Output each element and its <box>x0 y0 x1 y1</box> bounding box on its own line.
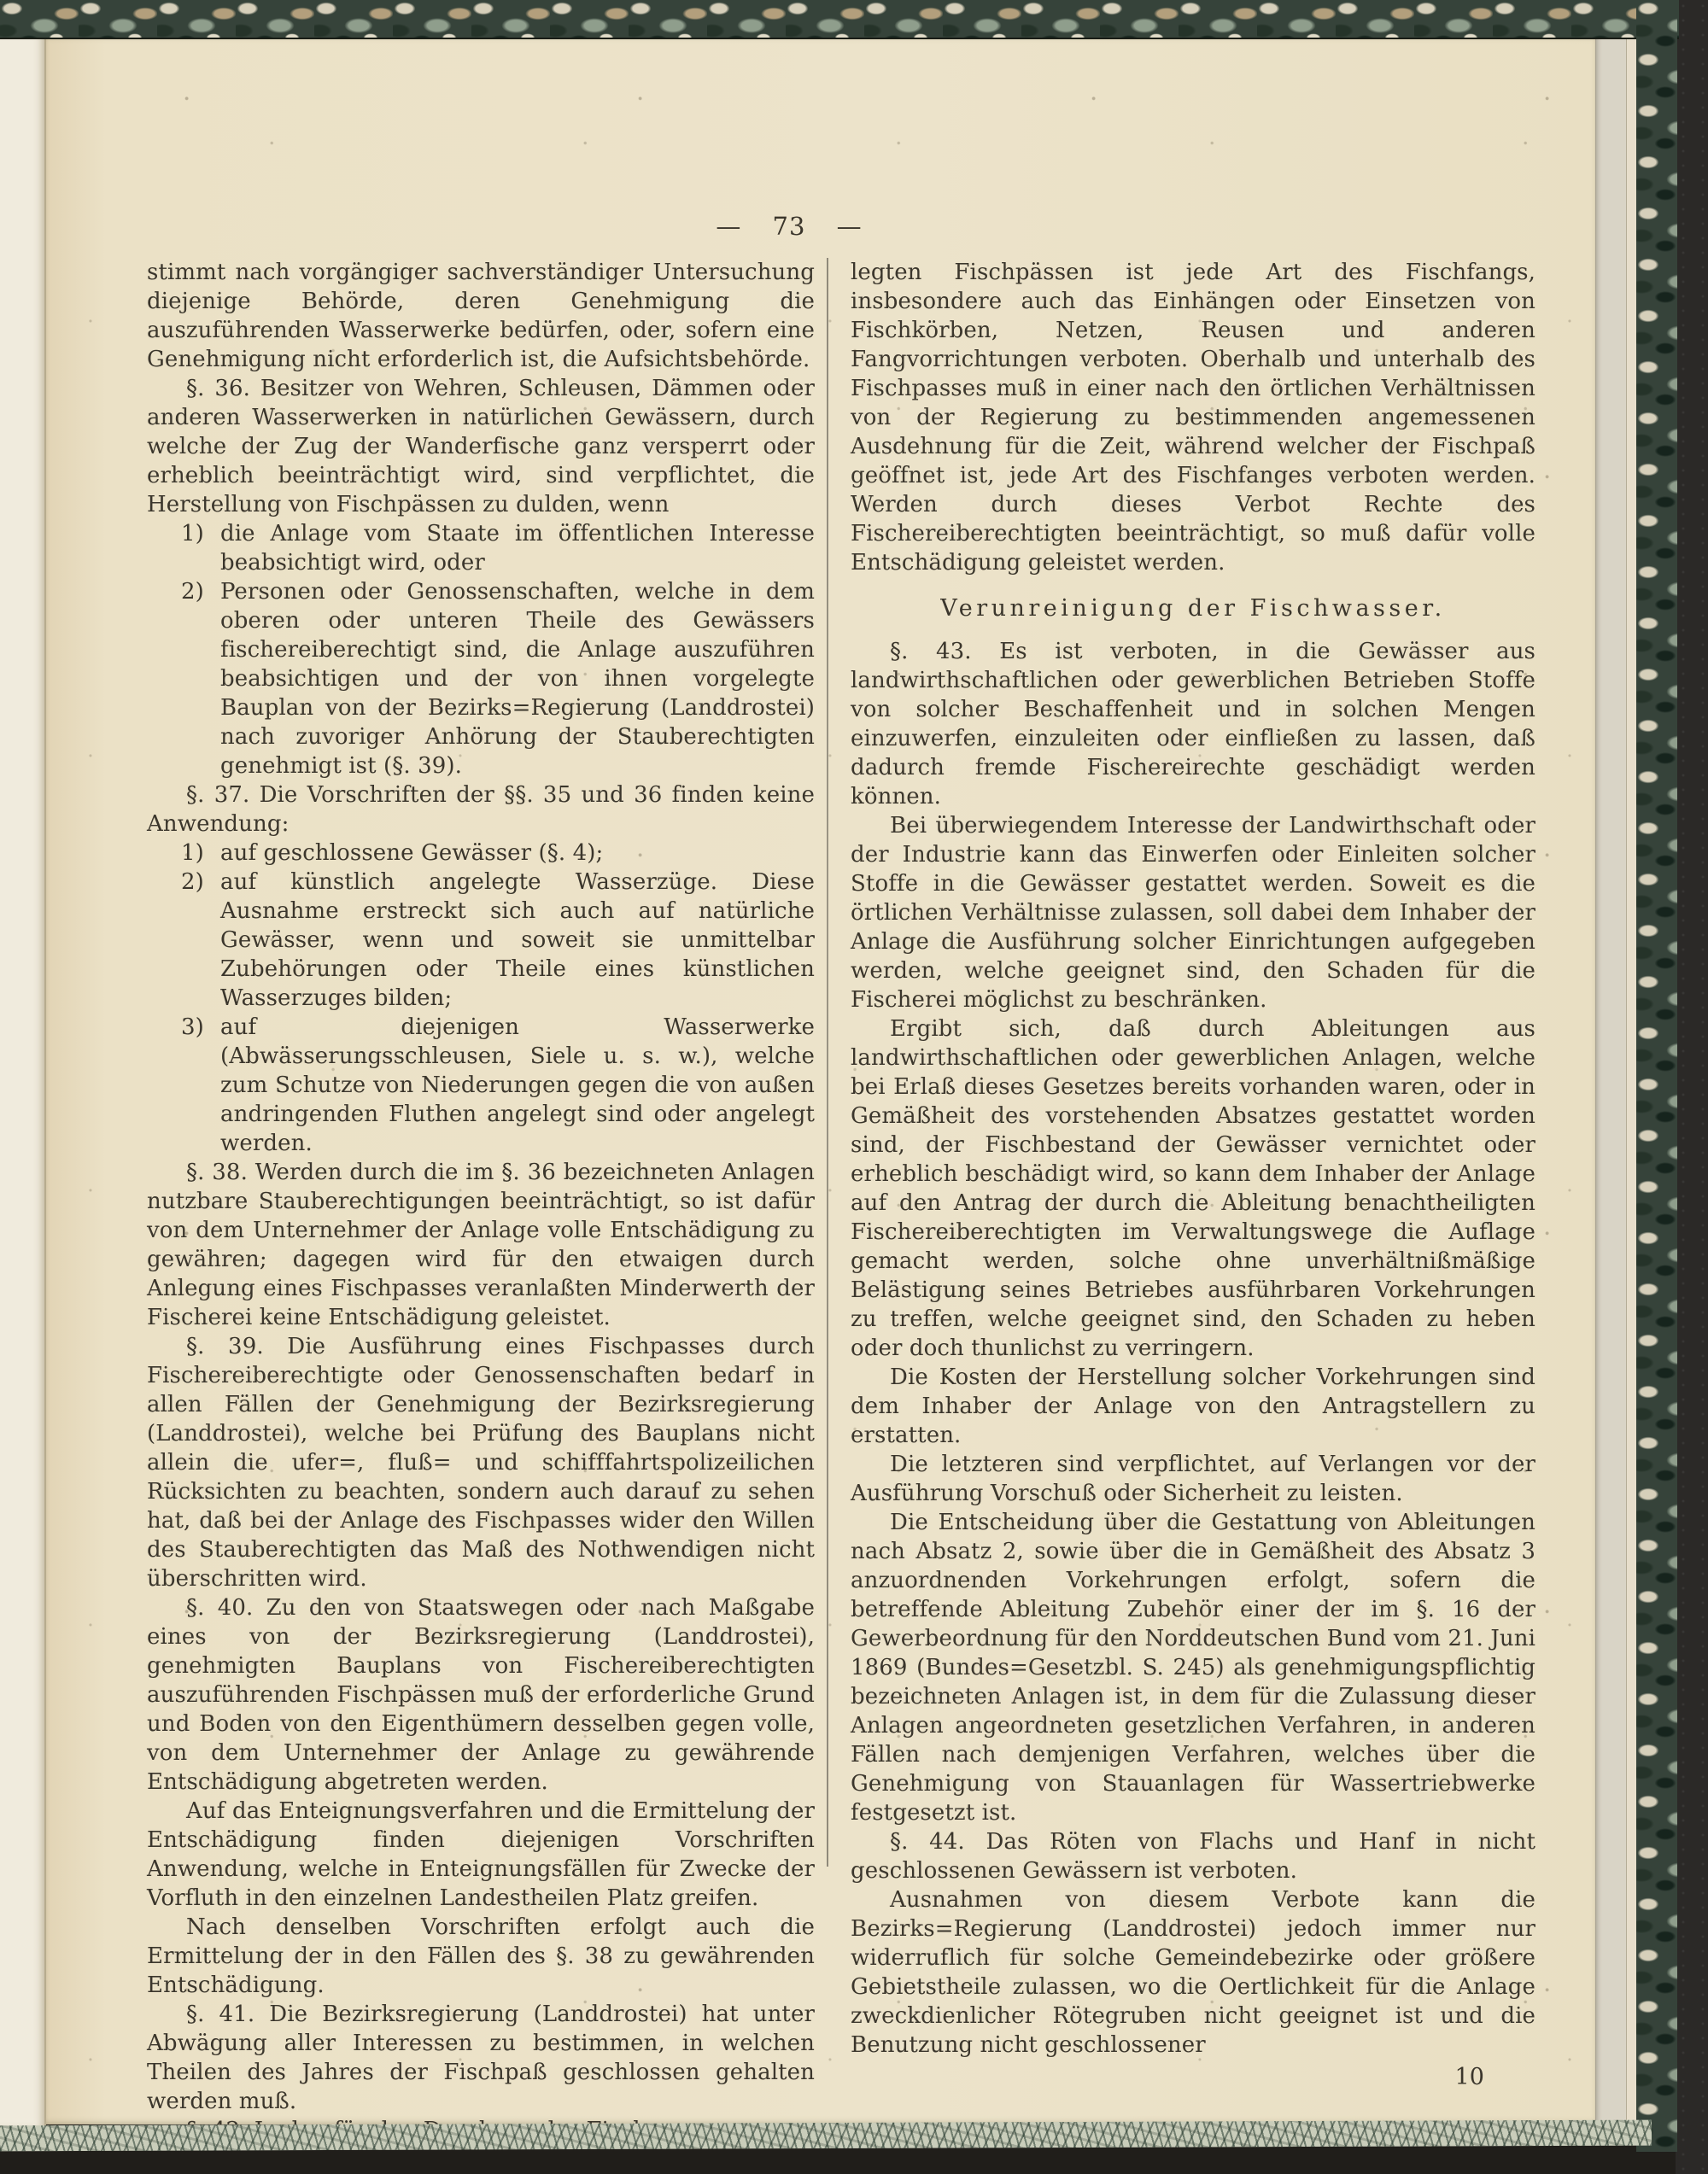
marbled-edge-top <box>0 0 1679 39</box>
list-item: 1)die Anlage vom Staate im öffentlichen … <box>147 519 815 577</box>
paragraph: §. 41. Die Bezirksregierung (Landdrostei… <box>147 2000 815 2116</box>
marbled-edge-right <box>1636 0 1677 2152</box>
marbled-edge-bottom <box>0 2120 1652 2152</box>
next-page-edge <box>1595 36 1627 2124</box>
paragraph: §. 40. Zu den von Staatswegen oder nach … <box>147 1593 815 1797</box>
list-marker: 2) <box>181 868 204 897</box>
book-page: — 73 — stimmt nach vorgängiger sachverst… <box>46 34 1595 2124</box>
section-heading: Verunreinigung der Fischwasser. <box>851 594 1535 623</box>
right-column: legten Fischpässen ist jede Art des Fisc… <box>851 258 1535 2092</box>
paragraph: stimmt nach vorgängiger sachverständiger… <box>147 258 815 374</box>
book-photo: — 73 — stimmt nach vorgängiger sachverst… <box>0 0 1708 2174</box>
list-item: 2)auf künstlich angelegte Wasserzüge. Di… <box>147 868 815 1013</box>
left-column: stimmt nach vorgängiger sachverständiger… <box>147 258 815 2145</box>
list-marker: 3) <box>181 1013 204 1042</box>
list-item-text: auf geschlossene Gewässer (§. 4); <box>220 840 603 866</box>
column-divider <box>827 258 828 1867</box>
paragraph: §. 37. Die Vorschriften der §§. 35 und 3… <box>147 780 815 839</box>
facing-page-edge <box>0 36 46 2126</box>
paragraph: Die Entscheidung über die Gestattung von… <box>851 1508 1535 1827</box>
signature-mark: 10 <box>851 2063 1535 2092</box>
paragraph: Ergibt sich, daß durch Ableitungen aus l… <box>851 1014 1535 1363</box>
paragraph: Die letzteren sind verpflichtet, auf Ver… <box>851 1450 1535 1508</box>
paragraph: Auf das Enteignungsverfahren und die Erm… <box>147 1797 815 1913</box>
list-marker: 1) <box>181 839 204 868</box>
page-number: — 73 — <box>46 212 1532 241</box>
paragraph: §. 38. Werden durch die im §. 36 bezeich… <box>147 1158 815 1332</box>
list-item: 3)auf diejenigen Wasserwerke (Abwässerun… <box>147 1013 815 1158</box>
list-item: 1)auf geschlossene Gewässer (§. 4); <box>147 839 815 868</box>
list-marker: 1) <box>181 519 204 548</box>
list-item-text: auf künstlich angelegte Wasserzüge. Dies… <box>220 869 815 1011</box>
paragraph: §. 43. Es ist verboten, in die Gewässer … <box>851 637 1535 811</box>
list-item-text: die Anlage vom Staate im öffentlichen In… <box>220 521 815 576</box>
paragraph: Die Kosten der Herstellung solcher Vorke… <box>851 1363 1535 1450</box>
paragraph: Nach denselben Vorschriften erfolgt auch… <box>147 1913 815 2000</box>
list-item: 2)Personen oder Genossenschaften, welche… <box>147 577 815 780</box>
list-marker: 2) <box>181 577 204 606</box>
paragraph: Bei überwiegendem Interesse der Landwirt… <box>851 811 1535 1014</box>
paragraph: Ausnahmen von diesem Verbote kann die Be… <box>851 1885 1535 2060</box>
binding-felt-right <box>1676 0 1708 2174</box>
text-columns: stimmt nach vorgängiger sachverständiger… <box>147 258 1535 2145</box>
paragraph: §. 36. Besitzer von Wehren, Schleusen, D… <box>147 374 815 519</box>
paragraph: §. 44. Das Röten von Flachs und Hanf in … <box>851 1827 1535 1885</box>
paragraph: legten Fischpässen ist jede Art des Fisc… <box>851 258 1535 577</box>
list-item-text: Personen oder Genossenschaften, welche i… <box>220 579 815 779</box>
list-item-text: auf diejenigen Wasserwerke (Abwässerungs… <box>220 1014 815 1156</box>
paragraph: §. 39. Die Ausführung eines Fischpasses … <box>147 1332 815 1593</box>
